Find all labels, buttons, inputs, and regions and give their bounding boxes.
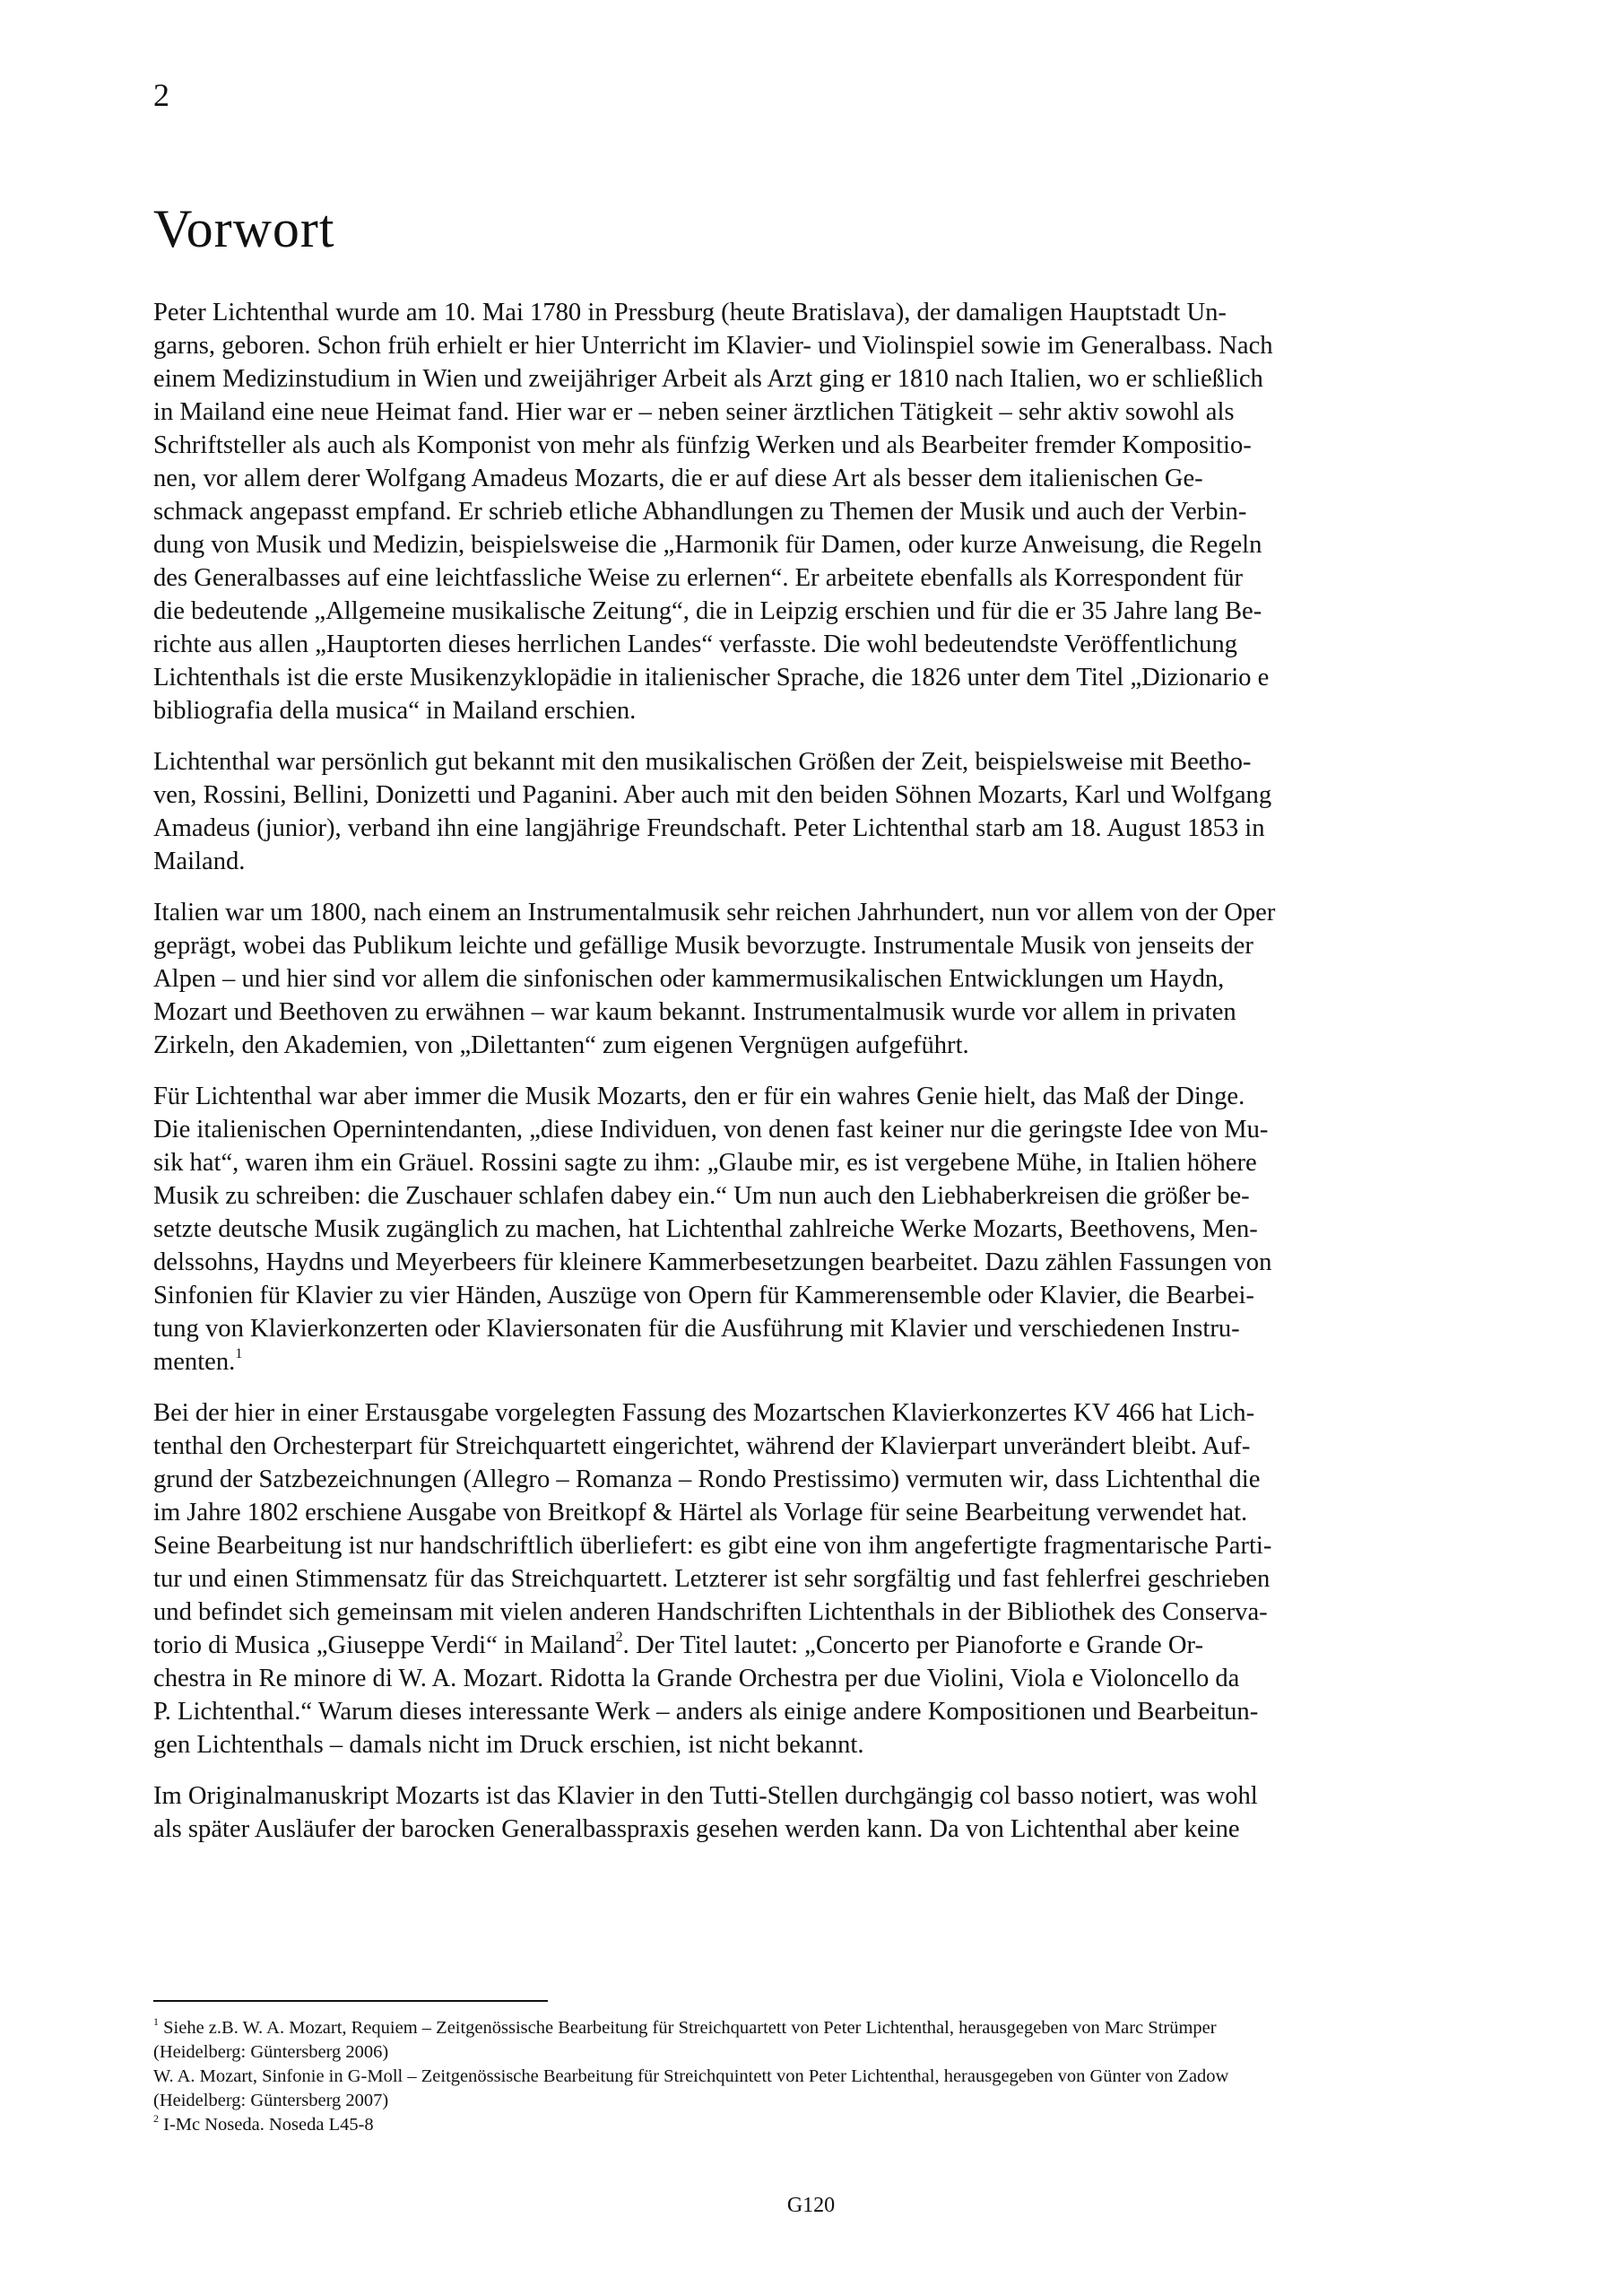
- text-line: Mozart und Beethoven zu erwähnen – war k…: [153, 996, 1471, 1029]
- text-line: ven, Rossini, Bellini, Donizetti und Pag…: [153, 778, 1471, 812]
- text-line: gen Lichtenthals – damals nicht im Druck…: [153, 1728, 1471, 1761]
- text-line: in Mailand eine neue Heimat fand. Hier w…: [153, 396, 1471, 429]
- page-footer-code: G120: [0, 2192, 1622, 2219]
- text-line: Amadeus (junior), verband ihn eine langj…: [153, 812, 1471, 845]
- text-line: Lichtenthal war persönlich gut bekannt m…: [153, 745, 1471, 778]
- text-line: garns, geboren. Schon früh erhielt er hi…: [153, 329, 1471, 362]
- footnote-1: 1 Siehe z.B. W. A. Mozart, Requiem – Zei…: [153, 2016, 1471, 2113]
- paragraph-mozart-arrangements: Für Lichtenthal war aber immer die Musik…: [153, 1080, 1471, 1378]
- text-line: die bedeutende „Allgemeine musikalische …: [153, 595, 1471, 628]
- text-line: als später Ausläufer der barocken Genera…: [153, 1813, 1471, 1846]
- text-line: chestra in Re minore di W. A. Mozart. Ri…: [153, 1662, 1471, 1695]
- text-line: tenthal den Orchesterpart für Streichqua…: [153, 1430, 1471, 1463]
- text-line: (Heidelberg: Güntersberg 2007): [153, 2089, 1471, 2113]
- text-line: Bei der hier in einer Erstausgabe vorgel…: [153, 1396, 1471, 1430]
- text-line: Musik zu schreiben: die Zuschauer schlaf…: [153, 1179, 1471, 1213]
- text-line: Peter Lichtenthal wurde am 10. Mai 1780 …: [153, 296, 1471, 329]
- text-line: Lichtenthals ist die erste Musikenzyklop…: [153, 661, 1471, 694]
- text-line: grund der Satzbezeichnungen (Allegro – R…: [153, 1463, 1471, 1496]
- text-line: Mailand.: [153, 845, 1471, 878]
- text-line: geprägt, wobei das Publikum leichte und …: [153, 929, 1471, 962]
- text-fragment: . Der Titel lautet: „Concerto per Pianof…: [623, 1631, 1203, 1659]
- text-fragment: Siehe z.B. W. A. Mozart, Requiem – Zeitg…: [163, 2018, 1216, 2038]
- text-line: schmack angepasst empfand. Er schrieb et…: [153, 495, 1471, 528]
- text-line: Italien war um 1800, nach einem an Instr…: [153, 896, 1471, 929]
- text-line: Schriftsteller als auch als Komponist vo…: [153, 429, 1471, 462]
- text-line: bibliografia della musica“ in Mailand er…: [153, 694, 1471, 727]
- page-title: Vorwort: [153, 197, 335, 260]
- text-line: Im Originalmanuskript Mozarts ist das Kl…: [153, 1779, 1471, 1813]
- text-line: Für Lichtenthal war aber immer die Musik…: [153, 1080, 1471, 1113]
- text-line: Alpen – und hier sind vor allem die sinf…: [153, 962, 1471, 996]
- text-line: Zirkeln, den Akademien, von „Dilettanten…: [153, 1029, 1471, 1062]
- text-line: Sinfonien für Klavier zu vier Händen, Au…: [153, 1279, 1471, 1312]
- text-line: tur und einen Stimmensatz für das Streic…: [153, 1562, 1471, 1596]
- text-line: im Jahre 1802 erschiene Ausgabe von Brei…: [153, 1496, 1471, 1529]
- text-line: sik hat“, waren ihm ein Gräuel. Rossini …: [153, 1146, 1471, 1179]
- footnote-ref-1[interactable]: 1: [235, 1346, 242, 1361]
- paragraph-kv466-edition: Bei der hier in einer Erstausgabe vorgel…: [153, 1396, 1471, 1761]
- body-text: Peter Lichtenthal wurde am 10. Mai 1780 …: [153, 296, 1471, 1864]
- text-line: einem Medizinstudium in Wien und zweijäh…: [153, 362, 1471, 396]
- text-line: menten.1: [153, 1345, 1471, 1378]
- footnote-separator: [153, 2000, 548, 2002]
- text-line: W. A. Mozart, Sinfonie in G-Moll – Zeitg…: [153, 2065, 1471, 2089]
- footnote-2: 2 I-Mc Noseda. Noseda L45-8: [153, 2113, 1471, 2137]
- text-line: und befindet sich gemeinsam mit vielen a…: [153, 1596, 1471, 1629]
- paragraph-biography: Peter Lichtenthal wurde am 10. Mai 1780 …: [153, 296, 1471, 727]
- text-line: Seine Bearbeitung ist nur handschriftlic…: [153, 1529, 1471, 1562]
- text-line: des Generalbasses auf eine leichtfasslic…: [153, 561, 1471, 595]
- text-line: (Heidelberg: Güntersberg 2006): [153, 2040, 1471, 2065]
- paragraph-original-manuscript: Im Originalmanuskript Mozarts ist das Kl…: [153, 1779, 1471, 1846]
- text-line: 2 I-Mc Noseda. Noseda L45-8: [153, 2113, 1471, 2137]
- text-line: dung von Musik und Medizin, beispielswei…: [153, 528, 1471, 561]
- footnote-ref-2[interactable]: 2: [616, 1630, 623, 1645]
- text-line: setzte deutsche Musik zugänglich zu mach…: [153, 1213, 1471, 1246]
- footnotes: 1 Siehe z.B. W. A. Mozart, Requiem – Zei…: [153, 2016, 1471, 2137]
- text-line: P. Lichtenthal.“ Warum dieses interessan…: [153, 1695, 1471, 1728]
- page-number: 2: [153, 77, 169, 113]
- text-line: tung von Klavierkonzerten oder Klavierso…: [153, 1312, 1471, 1345]
- text-line: torio di Musica „Giuseppe Verdi“ in Mail…: [153, 1629, 1471, 1662]
- footnote-marker: 2: [153, 2112, 159, 2125]
- text-line: 1 Siehe z.B. W. A. Mozart, Requiem – Zei…: [153, 2016, 1471, 2040]
- text-line: Die italienischen Opernintendanten, „die…: [153, 1113, 1471, 1146]
- text-fragment: I-Mc Noseda. Noseda L45-8: [163, 2115, 374, 2135]
- text-line: nen, vor allem derer Wolfgang Amadeus Mo…: [153, 462, 1471, 495]
- text-line: richte aus allen „Hauptorten dieses herr…: [153, 628, 1471, 661]
- footnote-marker: 1: [153, 2015, 159, 2028]
- paragraph-italy-context: Italien war um 1800, nach einem an Instr…: [153, 896, 1471, 1062]
- paragraph-acquaintances: Lichtenthal war persönlich gut bekannt m…: [153, 745, 1471, 878]
- text-line: delssohns, Haydns und Meyerbeers für kle…: [153, 1246, 1471, 1279]
- text-fragment: menten.: [153, 1348, 235, 1376]
- text-fragment: torio di Musica „Giuseppe Verdi“ in Mail…: [153, 1631, 616, 1659]
